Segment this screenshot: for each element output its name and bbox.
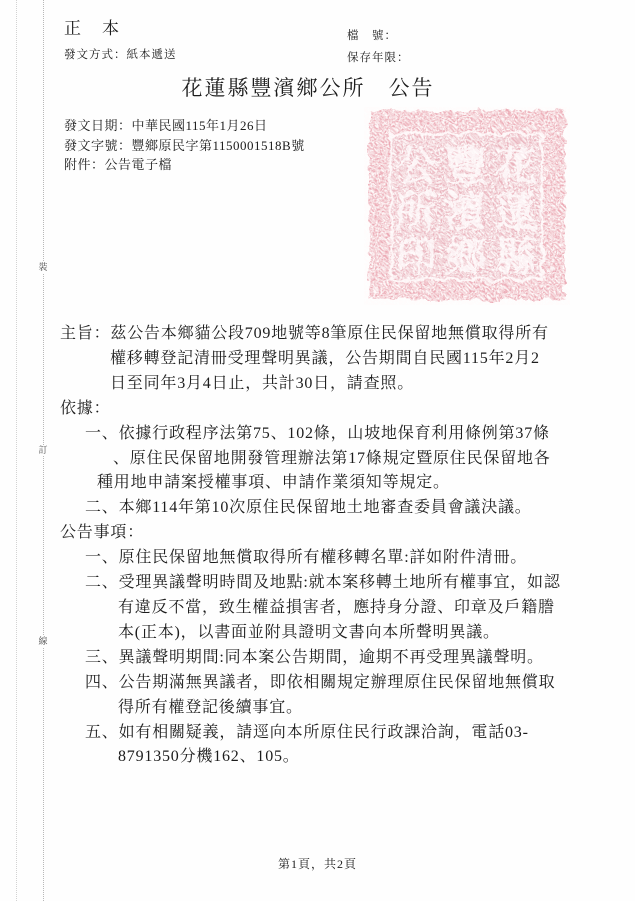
seal-char: 濱 xyxy=(446,189,489,235)
retention-period-label: 保存年限： xyxy=(347,49,410,65)
seal-char: 蓮 xyxy=(496,189,537,235)
body-line: 五、如有相關疑義，請逕向本所原住民行政課洽詢，電話03- xyxy=(0,721,635,746)
seal-char: 花 xyxy=(496,143,537,189)
body-line: 二、受理異議聲明時間及地點:就本案移轉土地所有權事宜，如認 xyxy=(0,571,635,596)
seal-char: 鄉 xyxy=(446,234,487,280)
seal-char: 豐 xyxy=(446,143,487,189)
body-line: 日至同年3月4日止，共計30日，請查照。 xyxy=(0,372,635,397)
document-page: 裝 訂 線 正 本 發文方式：紙本遞送 檔 號： 保存年限： 花蓮縣豐濱鄉公所 … xyxy=(0,0,635,901)
seal-char: 所 xyxy=(396,189,437,235)
file-number-label: 檔 號： xyxy=(347,27,397,43)
delivery-method-label: 發文方式：紙本遞送 xyxy=(64,46,177,62)
body-line: 8791350分機162、105。 xyxy=(0,745,635,770)
body-line: 主旨：茲公告本鄉貓公段709地號等8筆原住民保留地無償取得所有 xyxy=(0,322,635,347)
seal-image: 花 蓮 縣 豐 濱 鄉 公 所 印 xyxy=(364,107,570,305)
body-line: 四、公告期滿無異議者，即依相關規定辦理原住民保留地無償取 xyxy=(0,671,635,696)
seal-char: 印 xyxy=(396,234,437,280)
official-seal-stamp: 花 蓮 縣 豐 濱 鄉 公 所 印 xyxy=(364,107,570,305)
page-number: 第1頁，共2頁 xyxy=(0,855,635,872)
document-title: 花蓮縣豐濱鄉公所 公告 xyxy=(182,72,435,102)
document-number: 發文字號：豐鄉原民字第1150001518B號 xyxy=(64,136,305,156)
body-line: 有違反不當，致生權益損害者，應持身分證、印章及戶籍謄 xyxy=(0,596,635,621)
attachment-note: 附件：公告電子檔 xyxy=(64,155,305,175)
seal-char: 縣 xyxy=(496,234,538,280)
body-line: 公告事項： xyxy=(0,521,635,546)
body-line: 得所有權登記後續事宜。 xyxy=(0,696,635,721)
seal-char: 公 xyxy=(396,143,437,189)
copy-type-label: 正 本 xyxy=(64,14,121,39)
document-meta: 發文日期：中華民國115年1月26日 發文字號：豐鄉原民字第1150001518… xyxy=(64,116,305,175)
body-line: 三、異議聲明期間:同本案公告期間，逾期不再受理異議聲明。 xyxy=(0,646,635,671)
issue-date: 發文日期：中華民國115年1月26日 xyxy=(64,116,305,136)
announcement-body: 主旨：茲公告本鄉貓公段709地號等8筆原住民保留地無償取得所有權移轉登記清冊受理… xyxy=(0,322,635,770)
body-line: 權移轉登記清冊受理聲明異議，公告期間自民國115年2月2 xyxy=(0,347,635,372)
body-line: 本(正本)，以書面並附具證明文書向本所聲明異議。 xyxy=(0,621,635,646)
body-line: 一、原住民保留地無償取得所有權移轉名單:詳如附件清冊。 xyxy=(0,546,635,571)
body-line: 二、本鄉114年第10次原住民保留地土地審查委員會議決議。 xyxy=(0,496,635,521)
body-line: 、原住民保留地開發管理辦法第17條規定暨原住民保留地各 xyxy=(0,447,635,472)
body-line: 一、依據行政程序法第75、102條，山坡地保育利用條例第37條 xyxy=(0,422,635,447)
body-line: 種用地申請案授權事項、申請作業須知等規定。 xyxy=(0,471,635,496)
body-line: 依據： xyxy=(0,397,635,422)
binding-mark-zhuang: 裝 xyxy=(37,262,48,273)
